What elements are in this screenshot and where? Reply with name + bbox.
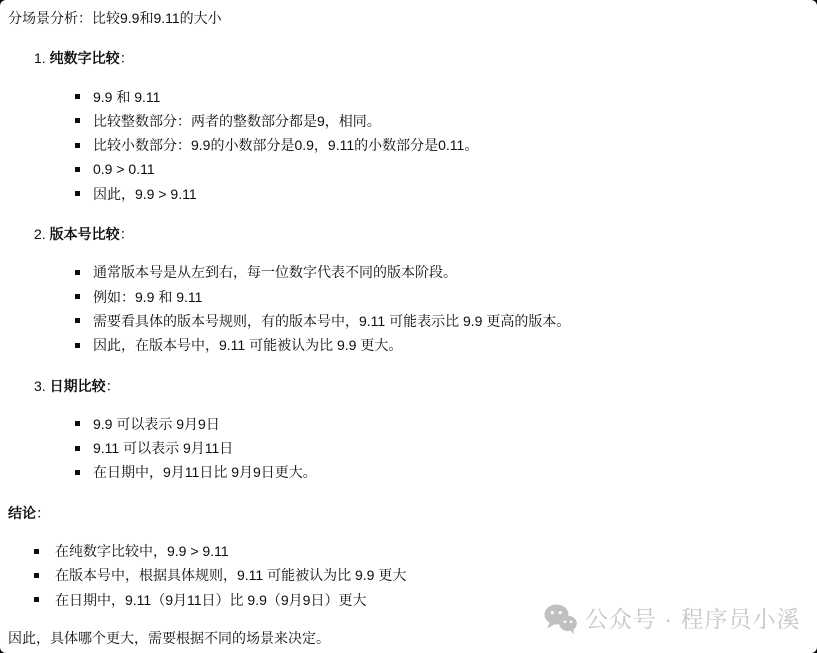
conclusion-colon: ： (36, 505, 50, 521)
list-item-text: 比较小数部分：9.9的小数部分是0.9，9.11的小数部分是0.11。 (93, 137, 478, 153)
conclusion-list: 在纯数字比较中，9.9 > 9.11 在版本号中，根据具体规则，9.11 可能被… (8, 539, 809, 612)
watermark-text: 公众号 · 程序员小溪 (585, 607, 800, 631)
bullet-square-icon (34, 573, 39, 578)
list-item: 在纯数字比较中，9.9 > 9.11 (8, 539, 809, 563)
list-item: 9.9 和 9.11 (8, 85, 809, 109)
section-1-list: 9.9 和 9.11 比较整数部分：两者的整数部分都是9，相同。 比较小数部分：… (8, 85, 809, 206)
section-2-list: 通常版本号是从左到右，每一位数字代表不同的版本阶段。 例如：9.9 和 9.11… (8, 260, 809, 357)
list-item-text: 在版本号中，根据具体规则，9.11 可能被认为比 9.9 更大 (55, 567, 406, 583)
wechat-icon (544, 604, 577, 635)
bullet-square-icon (75, 167, 80, 172)
list-item: 因此，在版本号中，9.11 可能被认为比 9.9 更大。 (8, 333, 809, 357)
bullet-square-icon (75, 118, 80, 123)
list-item: 在版本号中，根据具体规则，9.11 可能被认为比 9.9 更大 (8, 563, 809, 587)
bullet-square-icon (75, 421, 80, 426)
section-colon: ： (120, 226, 134, 242)
list-item-text: 需要看具体的版本号规则，有的版本号中，9.11 可能表示比 9.9 更高的版本。 (93, 313, 570, 329)
list-item-text: 9.9 和 9.11 (93, 89, 160, 105)
document-page: 分场景分析：比较9.9和9.11的大小 1. 纯数字比较： 9.9 和 9.11… (0, 0, 817, 653)
list-item: 例如：9.9 和 9.11 (8, 285, 809, 309)
list-item-text: 因此，在版本号中，9.11 可能被认为比 9.9 更大。 (93, 337, 402, 353)
list-item: 因此，9.9 > 9.11 (8, 182, 809, 206)
list-item-text: 通常版本号是从左到右，每一位数字代表不同的版本阶段。 (93, 264, 457, 280)
bullet-square-icon (75, 191, 80, 196)
bullet-square-icon (75, 143, 80, 148)
list-item-text: 0.9 > 0.11 (93, 161, 155, 177)
section-number: 3. (34, 378, 46, 394)
section-3-heading: 3. 日期比较： (8, 374, 809, 398)
section-2-heading: 2. 版本号比较： (8, 222, 809, 246)
section-title: 日期比较 (50, 378, 106, 394)
section-number: 1. (34, 50, 46, 66)
list-item: 需要看具体的版本号规则，有的版本号中，9.11 可能表示比 9.9 更高的版本。 (8, 309, 809, 333)
list-item-text: 在日期中，9月11日比 9月9日更大。 (93, 464, 317, 480)
list-item-text: 9.9 可以表示 9月9日 (93, 416, 220, 432)
section-colon: ： (120, 50, 134, 66)
section-number: 2. (34, 226, 46, 242)
list-item: 在日期中，9月11日比 9月9日更大。 (8, 460, 809, 484)
bullet-square-icon (75, 470, 80, 475)
list-item-text: 比较整数部分：两者的整数部分都是9，相同。 (93, 113, 381, 129)
intro-paragraph: 分场景分析：比较9.9和9.11的大小 (8, 6, 809, 30)
list-item-text: 在纯数字比较中，9.9 > 9.11 (55, 543, 229, 559)
list-item-text: 因此，9.9 > 9.11 (93, 186, 197, 202)
section-1-heading: 1. 纯数字比较： (8, 46, 809, 70)
list-item: 比较整数部分：两者的整数部分都是9，相同。 (8, 109, 809, 133)
list-item-text: 在日期中，9.11（9月11日）比 9.9（9月9日）更大 (55, 592, 366, 608)
list-item: 通常版本号是从左到右，每一位数字代表不同的版本阶段。 (8, 260, 809, 284)
bullet-square-icon (75, 270, 80, 275)
conclusion-title: 结论 (8, 505, 36, 521)
bullet-square-icon (75, 94, 80, 99)
list-item: 9.11 可以表示 9月11日 (8, 436, 809, 460)
section-title: 纯数字比较 (50, 50, 120, 66)
section-colon: ： (106, 378, 120, 394)
list-item: 9.9 可以表示 9月9日 (8, 412, 809, 436)
watermark: 公众号 · 程序员小溪 (544, 602, 800, 636)
bullet-square-icon (75, 318, 80, 323)
list-item-text: 9.11 可以表示 9月11日 (93, 440, 233, 456)
bullet-square-icon (75, 294, 80, 299)
list-item: 比较小数部分：9.9的小数部分是0.9，9.11的小数部分是0.11。 (8, 133, 809, 157)
list-item-text: 例如：9.9 和 9.11 (93, 289, 202, 305)
bullet-square-icon (34, 549, 39, 554)
conclusion-heading: 结论： (8, 501, 809, 525)
section-title: 版本号比较 (50, 226, 120, 242)
list-item: 0.9 > 0.11 (8, 157, 809, 181)
section-3-list: 9.9 可以表示 9月9日 9.11 可以表示 9月11日 在日期中，9月11日… (8, 412, 809, 485)
bullet-square-icon (34, 597, 39, 602)
bullet-square-icon (75, 446, 80, 451)
bullet-square-icon (75, 343, 80, 348)
